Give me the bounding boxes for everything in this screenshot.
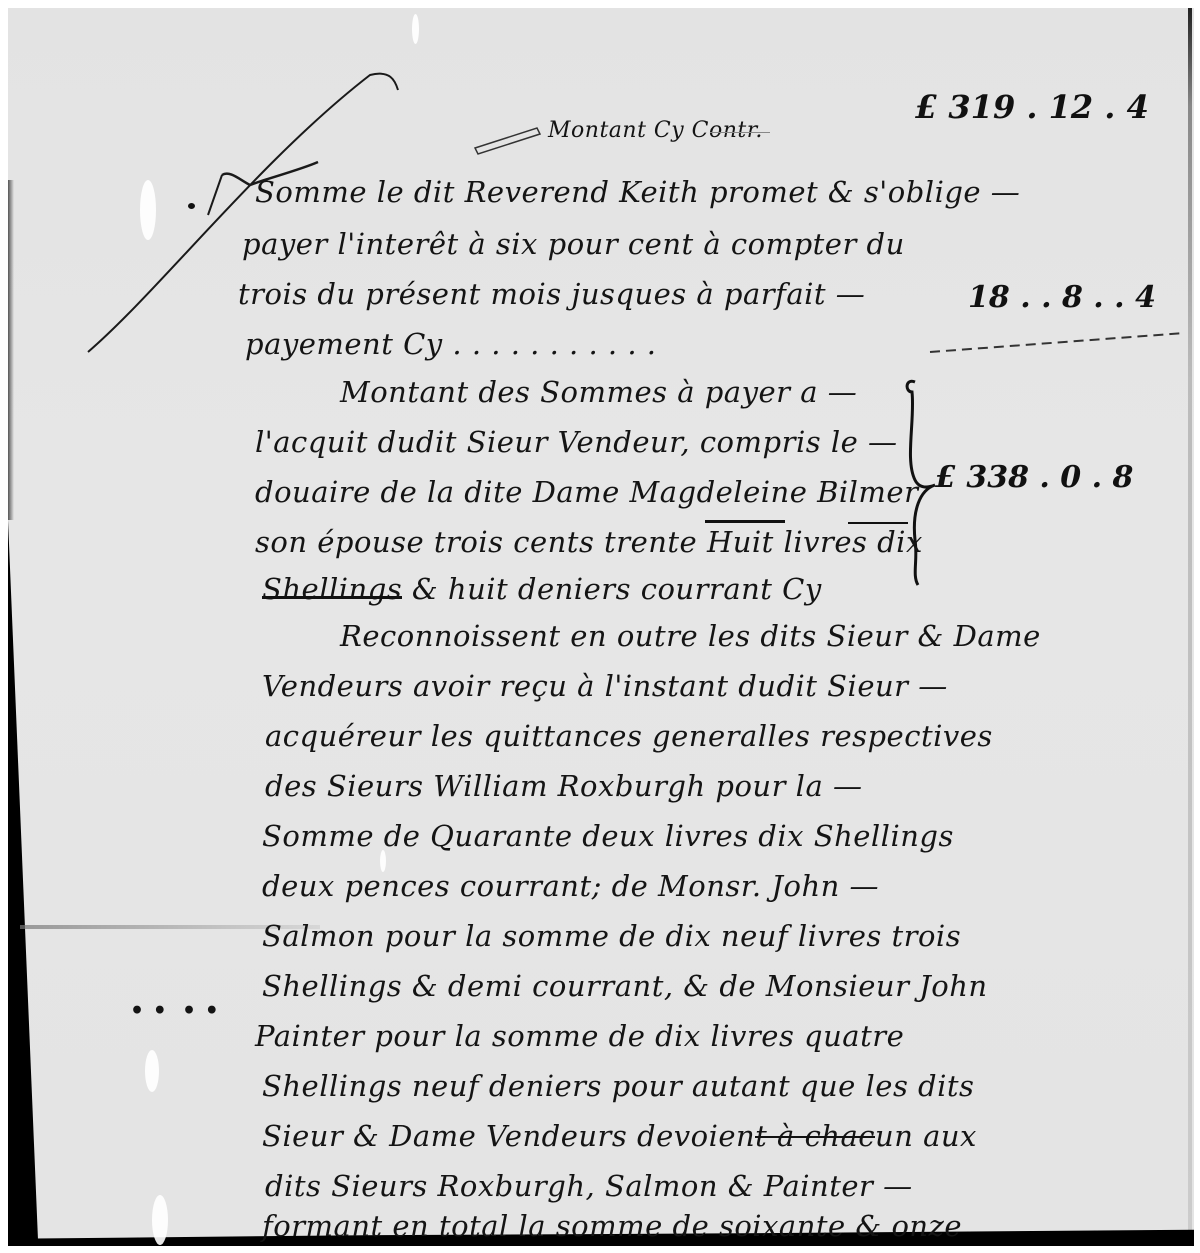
page-curl-shadow <box>8 520 38 1240</box>
right-page-edge <box>1188 8 1192 1244</box>
text-line: l'acquit dudit Sieur Vendeur, compris le… <box>255 428 897 457</box>
page-edge-shadow <box>8 180 14 520</box>
paper-blemish <box>140 180 156 240</box>
strikethrough <box>755 1136 875 1138</box>
text-line: trois du présent mois jusques à parfait … <box>238 280 865 309</box>
header-label: Montant Cy Contr. <box>548 118 763 143</box>
text-line: son épouse trois cents trente Huit livre… <box>255 528 923 557</box>
strikethrough <box>705 520 785 523</box>
text-line: Montant des Sommes à payer a — <box>340 378 857 407</box>
text-line: Shellings & huit deniers courrant Cy <box>262 575 822 604</box>
text-line: douaire de la dite Dame Magdeleine Bilme… <box>255 478 918 507</box>
ink-mark <box>188 203 195 209</box>
interest-amount: 18 . . 8 . . 4 <box>968 280 1156 315</box>
text-line: payer l'interêt à six pour cent à compte… <box>242 230 905 259</box>
text-line: Somme de Quarante deux livres dix Shelli… <box>262 822 954 851</box>
strikethrough <box>262 596 402 599</box>
text-line: Salmon pour la somme de dix neuf livres … <box>262 922 961 951</box>
text-line: payement Cy . . . . . . . . . . . <box>245 330 656 359</box>
strikethrough <box>848 522 908 524</box>
margin-mark: • • <box>182 998 219 1024</box>
text-line: Vendeurs avoir reçu à l'instant dudit Si… <box>262 672 948 701</box>
total-due-amount: £ 338 . 0 . 8 <box>935 460 1133 495</box>
text-line: dits Sieurs Roxburgh, Salmon & Painter — <box>265 1172 913 1201</box>
paper-blemish <box>145 1050 159 1092</box>
text-line: Shellings & demi courrant, & de Monsieur… <box>262 972 988 1001</box>
text-line: formant en total la somme de soixante & … <box>262 1212 962 1241</box>
text-line: Shellings neuf deniers pour autant que l… <box>262 1072 974 1101</box>
scanned-document: Montant Cy Contr. £ 319 . 12 . 4 Somme l… <box>0 0 1200 1253</box>
text-line: des Sieurs William Roxburgh pour la — <box>265 772 862 801</box>
text-line: Painter pour la somme de dix livres quat… <box>255 1022 904 1051</box>
header-leader <box>710 132 770 133</box>
text-line: Somme le dit Reverend Keith promet & s'o… <box>255 178 1020 207</box>
paper-blemish <box>412 14 419 44</box>
header-amount: £ 319 . 12 . 4 <box>915 88 1149 126</box>
margin-mark: • • <box>130 998 167 1024</box>
paper-blemish <box>152 1195 168 1245</box>
text-line: deux pences courrant; de Monsr. John — <box>262 872 879 901</box>
text-line: acquéreur les quittances generalles resp… <box>265 722 993 751</box>
text-line: Reconnoissent en outre les dits Sieur & … <box>340 622 1041 651</box>
